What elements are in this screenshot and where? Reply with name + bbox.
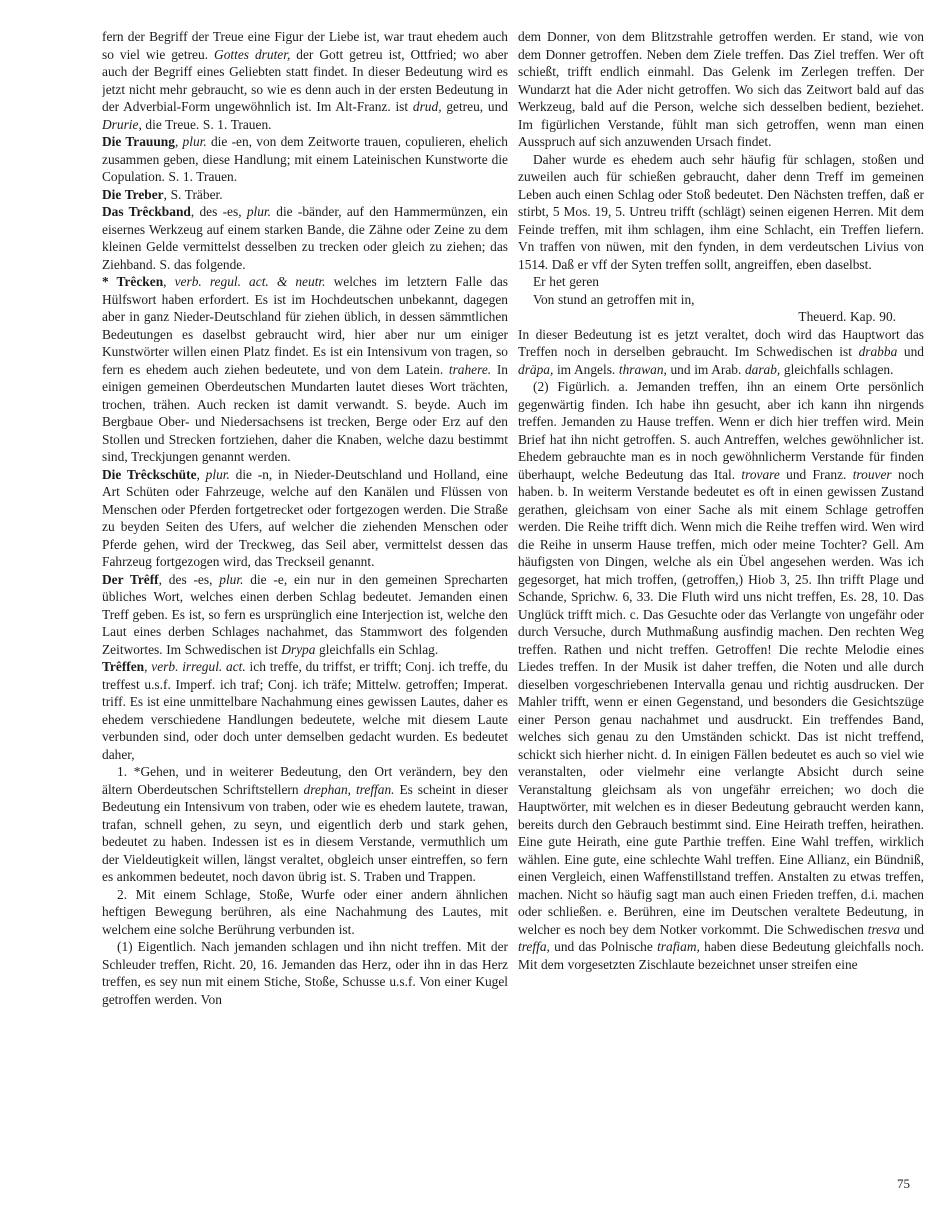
text-run: darab, [745, 362, 780, 377]
text-run: Drurie, [102, 117, 142, 132]
headword: * Trêcken [102, 274, 163, 289]
text-run: verb. irregul. act. [151, 659, 245, 674]
text-run: , des -es, [191, 204, 247, 219]
text-run: , des -es, [159, 572, 220, 587]
text-run: und Franz. [780, 467, 853, 482]
text-run: drephan, treffan. [304, 782, 395, 797]
text-run: 2. Mit einem Schlage, Stoße, Wurfe oder … [102, 887, 508, 937]
text-run: dem Donner, von dem Blitzstrahle getroff… [518, 29, 924, 149]
text-run: trafiam, [657, 939, 700, 954]
page-number: 75 [897, 1176, 910, 1192]
text-run: trouver [853, 467, 892, 482]
paragraph: Das Trêckband, des -es, plur. die -bände… [102, 203, 508, 273]
text-run: , [163, 274, 174, 289]
headword: Die Treber [102, 187, 164, 202]
text-run: plur. [247, 204, 271, 219]
paragraph: In dieser Bedeutung ist es jetzt veralte… [518, 326, 924, 379]
text-run: thrawan, [619, 362, 667, 377]
paragraph: fern der Begriff der Treue eine Figur de… [102, 28, 508, 133]
headword: Trêffen [102, 659, 144, 674]
paragraph: Daher wurde es ehedem auch sehr häufig f… [518, 151, 924, 274]
paragraph: * Trêcken, verb. regul. act. & neutr. we… [102, 273, 508, 466]
paragraph: dem Donner, von dem Blitzstrahle getroff… [518, 28, 924, 151]
text-run: Von stund an getroffen mit in, [533, 292, 695, 307]
paragraph: Die Trêckschüte, plur. die -n, in Nieder… [102, 466, 508, 571]
text-run: , [175, 134, 183, 149]
text-run: gleichfalls ein Schlag. [315, 642, 438, 657]
text-run: Er het geren [533, 274, 599, 289]
text-run: plur. [206, 467, 230, 482]
text-run: welches im letztern Falle das Hülfswort … [102, 274, 508, 377]
headword: Das Trêckband [102, 204, 191, 219]
paragraph: 1. *Gehen, und in weiterer Bedeutung, de… [102, 763, 508, 886]
text-run: und im Arab. [667, 362, 745, 377]
paragraph: Theuerd. Kap. 90. [518, 308, 924, 326]
paragraph: (2) Figürlich. a. Jemanden treffen, ihn … [518, 378, 924, 973]
text-run: die Treue. S. 1. Trauen. [142, 117, 272, 132]
text-run: plur. [183, 134, 207, 149]
text-run: noch haben. b. In weiterm Verstande bede… [518, 467, 924, 937]
headword: Der Trêff [102, 572, 159, 587]
text-run: gleichfalls schlagen. [780, 362, 893, 377]
paragraph: (1) Eigentlich. Nach jemanden schlagen u… [102, 938, 508, 1008]
text-run: Daher wurde es ehedem auch sehr häufig f… [518, 152, 924, 272]
text-run: Theuerd. Kap. 90. [798, 309, 896, 324]
paragraph: Der Trêff, des -es, plur. die -e, ein nu… [102, 571, 508, 659]
text-run: treffa, [518, 939, 550, 954]
text-run: , [197, 467, 206, 482]
paragraph: Die Trauung, plur. die -en, von dem Zeit… [102, 133, 508, 186]
text-columns: fern der Begriff der Treue eine Figur de… [102, 28, 924, 1173]
dictionary-page: fern der Begriff der Treue eine Figur de… [0, 0, 935, 1210]
text-run: getreu, und [442, 99, 508, 114]
text-run: drud, [413, 99, 442, 114]
text-run: dräpa, [518, 362, 553, 377]
text-run: Gottes druter, [214, 47, 290, 62]
right-column: dem Donner, von dem Blitzstrahle getroff… [518, 28, 924, 1173]
text-run: drabba [859, 344, 898, 359]
text-run: plur. [219, 572, 243, 587]
text-run: , S. Träber. [164, 187, 223, 202]
text-run: verb. regul. act. & neutr. [175, 274, 326, 289]
headword: Die Trauung [102, 134, 175, 149]
left-column: fern der Begriff der Treue eine Figur de… [102, 28, 508, 1173]
text-run: tresva [868, 922, 900, 937]
paragraph: Er het geren [518, 273, 924, 291]
text-run: und das Polnische [550, 939, 657, 954]
text-run: im Angels. [553, 362, 619, 377]
paragraph: 2. Mit einem Schlage, Stoße, Wurfe oder … [102, 886, 508, 939]
text-run: und [900, 922, 924, 937]
paragraph: Die Treber, S. Träber. [102, 186, 508, 204]
headword: Die Trêckschüte [102, 467, 197, 482]
text-run: trovare [741, 467, 779, 482]
paragraph: Von stund an getroffen mit in, [518, 291, 924, 309]
text-run: ich treffe, du triffst, er trifft; Conj.… [102, 659, 508, 762]
text-run: Drypa [281, 642, 315, 657]
text-run: trahere. [449, 362, 491, 377]
text-run: (1) Eigentlich. Nach jemanden schlagen u… [102, 939, 508, 1007]
text-run: und [897, 344, 924, 359]
paragraph: Trêffen, verb. irregul. act. ich treffe,… [102, 658, 508, 763]
